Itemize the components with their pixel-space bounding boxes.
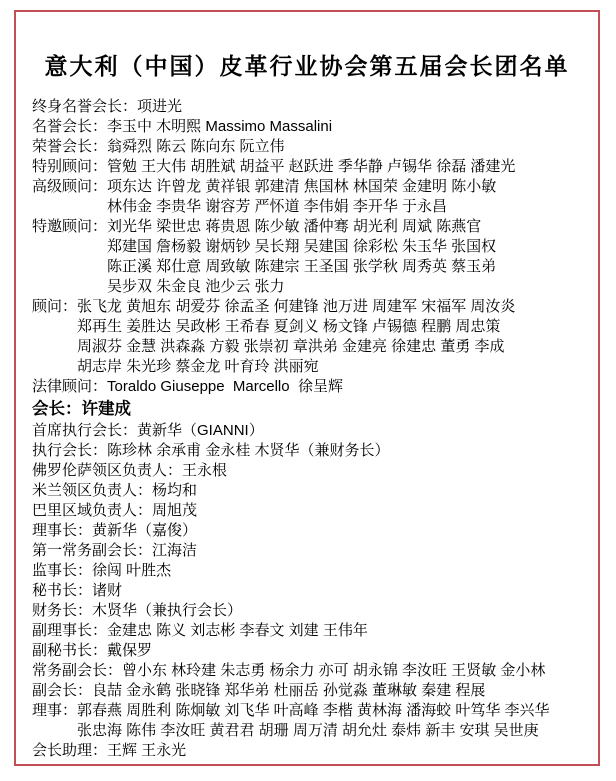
roster-entry-1: 终身名誉会长：项进光: [32, 97, 582, 117]
roster-entry-15: 理事长：黄新华（嘉俊）: [32, 521, 582, 541]
entry-names: 江海洁: [152, 542, 197, 559]
roster-entry-20: 副理事长：金建忠 陈义 刘志彬 李春文 刘建 王伟年: [32, 621, 582, 641]
entry-names: Toraldo Giuseppe Marcello 徐呈辉: [107, 378, 343, 395]
entry-label: 顾问：: [32, 298, 77, 315]
page-title: 意大利（中国）皮革行业协会第五届会长团名单: [32, 48, 582, 81]
entry-label: 名誉会长：: [32, 118, 107, 135]
roster-entry-12: 佛罗伦萨领区负责人：王永根: [32, 461, 582, 481]
entry-names: 戴保罗: [107, 642, 152, 659]
entry-label: 常务副会长：: [32, 662, 122, 679]
entry-names: 王辉 王永光: [107, 742, 186, 759]
roster-entry-5: 高级顾问：项东达 许曾龙 黄祥银 郭建清 焦国林 林国荣 金建明 陈小敏 林伟金…: [32, 177, 582, 217]
entry-label: 副秘书长：: [32, 642, 107, 659]
entry-label: 首席执行会长：: [32, 422, 137, 439]
entry-names: 黄新华（嘉俊）: [92, 522, 197, 539]
entry-names: 金建忠 陈义 刘志彬 李春文 刘建 王伟年: [107, 622, 368, 639]
roster-entry-21: 副秘书长：戴保罗: [32, 641, 582, 661]
roster-entry-13: 米兰领区负责人：杨均和: [32, 481, 582, 501]
entry-label: 佛罗伦萨领区负责人：: [32, 462, 182, 479]
entry-label: 执行会长：: [32, 442, 107, 459]
entry-names: 黄新华（GIANNI）: [137, 422, 264, 439]
roster-entry-24: 理事：郭春燕 周胜利 陈炯敏 刘飞华 叶高峰 李楷 黄林海 潘海蛟 叶笃华 李兴…: [32, 701, 582, 741]
entry-names: 项东达 许曾龙 黄祥银 郭建清 焦国林 林国荣 金建明 陈小敏 林伟金 李贵华 …: [107, 178, 496, 215]
entry-names: 周旭茂: [152, 502, 197, 519]
entry-names: 刘光华 梁世忠 蒋贵恩 陈少敏 潘仲骞 胡光利 周斌 陈燕官 郑建国 詹杨毅 谢…: [107, 218, 496, 295]
page-border-frame: 意大利（中国）皮革行业协会第五届会长团名单 终身名誉会长：项进光名誉会长：李玉中…: [14, 10, 600, 766]
entry-label: 米兰领区负责人：: [32, 482, 152, 499]
entry-label: 副会长：: [32, 682, 92, 699]
entry-label: 会长助理：: [32, 742, 107, 759]
entry-names: 曾小东 林玲建 朱志勇 杨余力 亦可 胡永锦 李汝旺 王贤敏 金小林: [122, 662, 545, 679]
document-page: 意大利（中国）皮革行业协会第五届会长团名单 终身名誉会长：项进光名誉会长：李玉中…: [0, 0, 616, 781]
entry-names: 王永根: [182, 462, 227, 479]
entry-label: 理事：: [32, 702, 77, 719]
entry-label: 监事长：: [32, 562, 92, 579]
entry-label: 第一常务副会长：: [32, 542, 152, 559]
roster-entry-14: 巴里区域负责人：周旭茂: [32, 501, 582, 521]
entry-label: 秘书长：: [32, 582, 92, 599]
member-list: 终身名誉会长：项进光名誉会长：李玉中 木明熙 Massimo Massalini…: [32, 97, 582, 761]
entry-label: 副理事长：: [32, 622, 107, 639]
roster-entry-18: 秘书长：诸财: [32, 581, 582, 601]
entry-names: 项进光: [137, 98, 182, 115]
roster-entry-4: 特别顾问：管勉 王大伟 胡胜斌 胡益平 赵跃进 季华静 卢锡华 徐磊 潘建光: [32, 157, 582, 177]
entry-names: 李玉中 木明熙 Massimo Massalini: [107, 118, 332, 135]
entry-label: 财务长：: [32, 602, 92, 619]
entry-label: 特邀顾问：: [32, 218, 107, 235]
roster-entry-8: 法律顾问：Toraldo Giuseppe Marcello 徐呈辉: [32, 377, 582, 397]
entry-names: 徐闯 叶胜杰: [92, 562, 171, 579]
roster-entry-2: 名誉会长：李玉中 木明熙 Massimo Massalini: [32, 117, 582, 137]
roster-entry-19: 财务长：木贤华（兼执行会长）: [32, 601, 582, 621]
roster-entry-6: 特邀顾问：刘光华 梁世忠 蒋贵恩 陈少敏 潘仲骞 胡光利 周斌 陈燕官 郑建国 …: [32, 217, 582, 297]
entry-label: 高级顾问：: [32, 178, 107, 195]
entry-label: 终身名誉会长：: [32, 98, 137, 115]
entry-label: 会长：: [32, 400, 82, 418]
entry-label: 法律顾问：: [32, 378, 107, 395]
entry-names: 郭春燕 周胜利 陈炯敏 刘飞华 叶高峰 李楷 黄林海 潘海蛟 叶笃华 李兴华 张…: [77, 702, 550, 739]
entry-names: 张飞龙 黄旭东 胡爱芬 徐孟圣 何建锋 池万进 周建军 宋福军 周汝炎 郑再生 …: [77, 298, 515, 375]
entry-names: 陈珍林 余承甫 金永桂 木贤华（兼财务长）: [107, 442, 390, 459]
roster-entry-16: 第一常务副会长：江海洁: [32, 541, 582, 561]
roster-entry-17: 监事长：徐闯 叶胜杰: [32, 561, 582, 581]
roster-entry-3: 荣誉会长：翁舜烈 陈云 陈向东 阮立伟: [32, 137, 582, 157]
entry-label: 特别顾问：: [32, 158, 107, 175]
entry-label: 荣誉会长：: [32, 138, 107, 155]
entry-names: 诸财: [92, 582, 122, 599]
roster-entry-25: 会长助理：王辉 王永光: [32, 741, 582, 761]
entry-names: 管勉 王大伟 胡胜斌 胡益平 赵跃进 季华静 卢锡华 徐磊 潘建光: [107, 158, 515, 175]
roster-entry-22: 常务副会长：曾小东 林玲建 朱志勇 杨余力 亦可 胡永锦 李汝旺 王贤敏 金小林: [32, 661, 582, 681]
entry-label: 理事长：: [32, 522, 92, 539]
entry-names: 木贤华（兼执行会长）: [92, 602, 242, 619]
roster-entry-11: 执行会长：陈珍林 余承甫 金永桂 木贤华（兼财务长）: [32, 441, 582, 461]
entry-label: 巴里区域负责人：: [32, 502, 152, 519]
roster-entry-9: 会长：许建成: [32, 397, 582, 421]
entry-names: 杨均和: [152, 482, 197, 499]
entry-names: 翁舜烈 陈云 陈向东 阮立伟: [107, 138, 285, 155]
entry-names: 良喆 金永鹤 张晓锋 郑华弟 杜丽岳 孙觉淼 董琳敏 秦建 程展: [92, 682, 485, 699]
entry-names: 许建成: [82, 400, 132, 418]
roster-entry-10: 首席执行会长：黄新华（GIANNI）: [32, 421, 582, 441]
roster-entry-7: 顾问：张飞龙 黄旭东 胡爱芬 徐孟圣 何建锋 池万进 周建军 宋福军 周汝炎 郑…: [32, 297, 582, 377]
roster-entry-23: 副会长：良喆 金永鹤 张晓锋 郑华弟 杜丽岳 孙觉淼 董琳敏 秦建 程展: [32, 681, 582, 701]
